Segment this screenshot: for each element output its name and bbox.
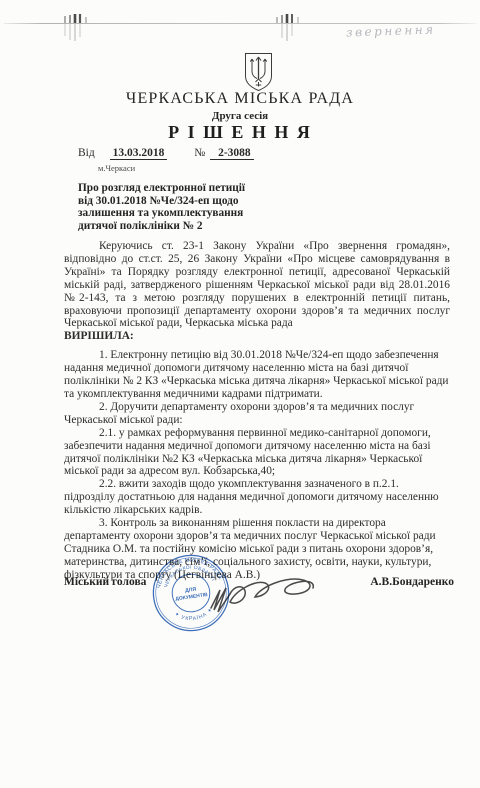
date-number-line: Від 13.03.2018 № 2-3088 [78,147,254,159]
city-label: м.Черкаси [98,163,135,173]
subject-line: дитячої поліклініки № 2 [78,220,318,233]
date-label: Від [78,147,95,159]
trident-emblem-icon [242,52,275,92]
staple-marks-left-icon [55,10,115,46]
decision-item: 2.1. у рамках реформування первинної мед… [64,427,450,479]
signature-scribble [203,568,325,620]
date-value: 13.03.2018 [110,147,168,160]
subject-block: Про розгляд електронної петиції від 30.0… [78,182,318,233]
decision-item: 2. Доручити департаменту охорони здоров’… [64,401,450,427]
staple-marks-right-icon [268,10,328,46]
stamp-center-line1: ДЛЯ [185,587,197,595]
signatory-title: Міський голова [64,576,146,588]
resolved-keyword: ВИРІШИЛА: [64,330,450,343]
number-value: 2-3088 [210,147,254,160]
subject-line: Про розгляд електронної петиції [78,182,318,195]
number-label: № [194,147,205,159]
scanned-document-page: звернення ЧЕРКАСЬКА МІСЬКА РАДА Друга се… [0,0,480,788]
document-body: Керуючись ст. 23-1 Закону України «Про з… [64,240,450,582]
handwritten-note: звернення [346,22,436,39]
subject-line: залишення та укомплектування [78,207,318,220]
decision-item: 2.2. вжити заходів щодо укомплектування … [64,478,450,517]
organization-name: ЧЕРКАСЬКА МІСЬКА РАДА [24,90,456,108]
decision-items: 1. Електронну петицію від 30.01.2018 №Че… [64,349,450,581]
subject-line: від 30.01.2018 №Че/324-еп щодо [78,195,318,208]
signatory-name: А.В.Бондаренко [370,576,454,588]
decision-item: 1. Електронну петицію від 30.01.2018 №Че… [64,349,450,401]
preamble-paragraph: Керуючись ст. 23-1 Закону України «Про з… [64,240,450,330]
document-type-title: Р І Ш Е Н Н Я [24,122,456,143]
session-label: Друга сесія [24,110,456,122]
